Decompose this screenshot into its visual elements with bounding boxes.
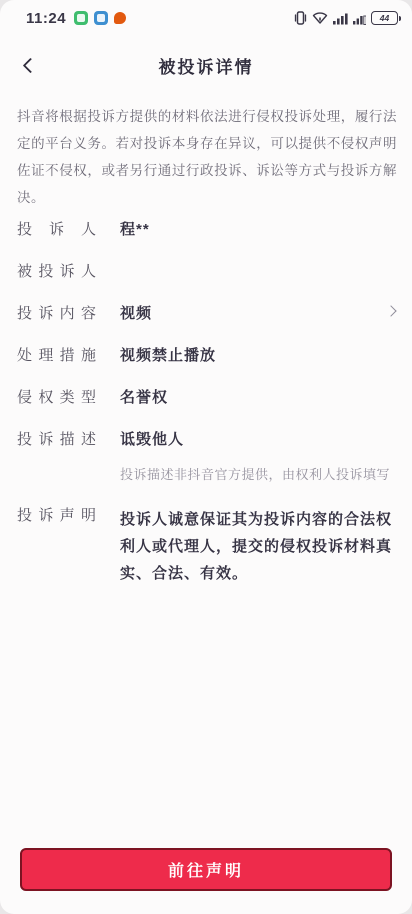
- chevron-right-icon: [385, 305, 396, 316]
- field-label: 投诉内容: [17, 304, 97, 323]
- status-icons: 44: [294, 10, 398, 26]
- field-label: 投诉人: [17, 220, 97, 239]
- field-row-respondent: 被投诉人: [17, 262, 395, 281]
- go-to-declaration-label: 前往声明: [168, 858, 244, 881]
- field-row-handling-measure: 处理措施 视频禁止播放: [17, 346, 395, 365]
- field-label: 投诉描述: [17, 430, 97, 449]
- mail-app-icon: [94, 11, 108, 25]
- header: 被投诉详情: [0, 44, 412, 86]
- description-disclaimer-note: 投诉描述非抖音官方提供，由权利人投诉填写: [120, 464, 395, 483]
- field-label: 投诉声明: [17, 506, 97, 525]
- wifi-icon: [312, 11, 328, 25]
- vibrate-icon: [294, 10, 307, 26]
- notification-icons: [74, 11, 126, 25]
- field-label: 被投诉人: [17, 262, 97, 281]
- alert-app-icon: [114, 12, 126, 24]
- complaint-detail-screen: 11:24: [0, 0, 412, 914]
- battery-icon: 44: [371, 11, 398, 25]
- field-row-complaint-declaration: 投诉声明 投诉人诚意保证其为投诉内容的合法权利人或代理人，提交的侵权投诉材料真实…: [17, 506, 395, 587]
- clock: 11:24: [26, 10, 66, 27]
- back-chevron-icon: [22, 57, 38, 73]
- signal-sim1-icon: [333, 12, 348, 25]
- complaint-fields: 投诉人 程** 被投诉人 投诉内容 视频 处理措施 视频禁止播放 侵: [17, 220, 395, 610]
- signal-sim2-icon: [353, 12, 366, 25]
- field-value: 视频禁止播放: [120, 347, 216, 364]
- field-value: 投诉人诚意保证其为投诉内容的合法权利人或代理人，提交的侵权投诉材料真实、合法、有…: [120, 511, 392, 582]
- field-label: 处理措施: [17, 346, 97, 365]
- battery-percent: 44: [380, 13, 389, 23]
- field-value: 程**: [120, 221, 150, 238]
- field-value: 诋毁他人: [120, 431, 184, 448]
- field-row-infringement-type: 侵权类型 名誉权: [17, 388, 395, 407]
- status-bar: 11:24: [26, 6, 398, 30]
- field-row-complaint-description: 投诉描述 诋毁他人 投诉描述非抖音官方提供，由权利人投诉填写: [17, 430, 395, 483]
- go-to-declaration-button[interactable]: 前往声明: [20, 848, 392, 891]
- back-button[interactable]: [10, 44, 50, 86]
- field-value: 视频: [120, 304, 152, 323]
- page-title: 被投诉详情: [159, 53, 254, 78]
- messenger-app-icon: [74, 11, 88, 25]
- field-label: 侵权类型: [17, 388, 97, 407]
- field-row-complainant: 投诉人 程**: [17, 220, 395, 239]
- field-row-complaint-content[interactable]: 投诉内容 视频: [17, 304, 395, 323]
- field-value: 名誉权: [120, 389, 168, 406]
- legal-notice-text: 抖音将根据投诉方提供的材料依法进行侵权投诉处理，履行法定的平台义务。若对投诉本身…: [17, 103, 397, 211]
